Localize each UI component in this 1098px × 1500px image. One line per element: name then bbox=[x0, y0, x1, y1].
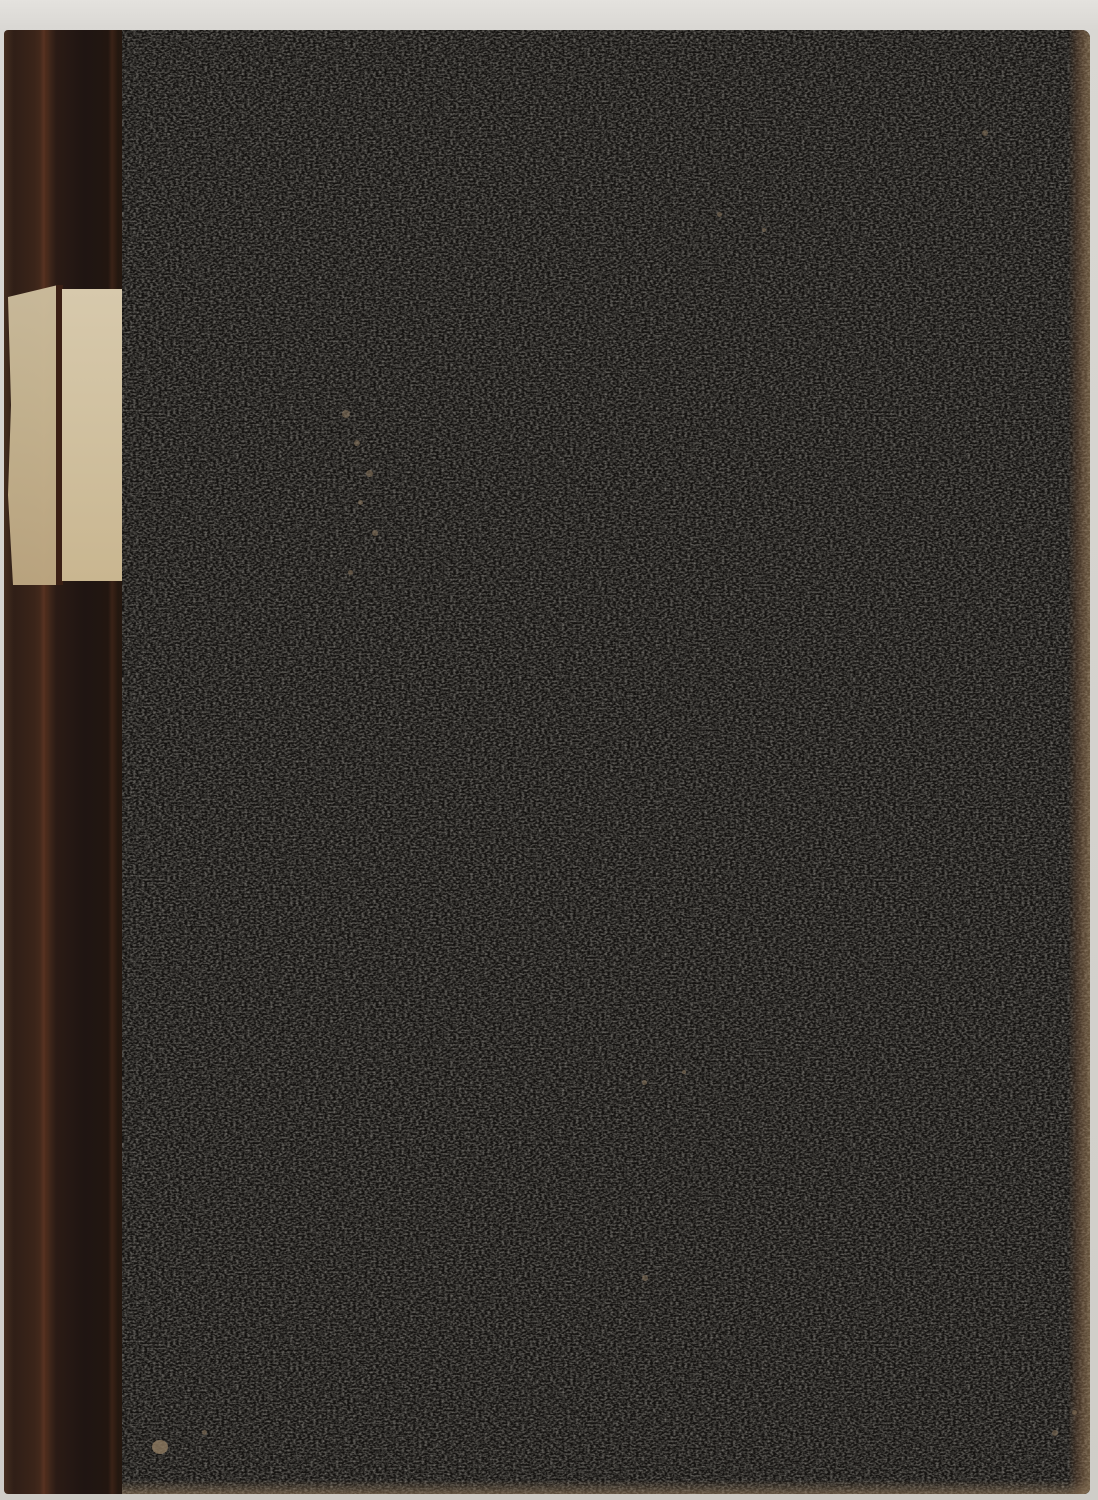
pebble-grain-texture bbox=[122, 30, 1090, 1494]
worn-bottom-edge bbox=[122, 1480, 1090, 1494]
spine-paper-label bbox=[8, 285, 130, 585]
book-spine bbox=[4, 30, 136, 1494]
book-front-cover bbox=[122, 30, 1090, 1494]
spine-label-right-piece bbox=[62, 289, 130, 581]
spine-stripe bbox=[108, 30, 118, 1494]
worn-right-edge bbox=[1068, 30, 1090, 1494]
spine-stripe bbox=[40, 30, 50, 1494]
book bbox=[4, 30, 1090, 1494]
spine-label-left-piece bbox=[8, 285, 58, 585]
